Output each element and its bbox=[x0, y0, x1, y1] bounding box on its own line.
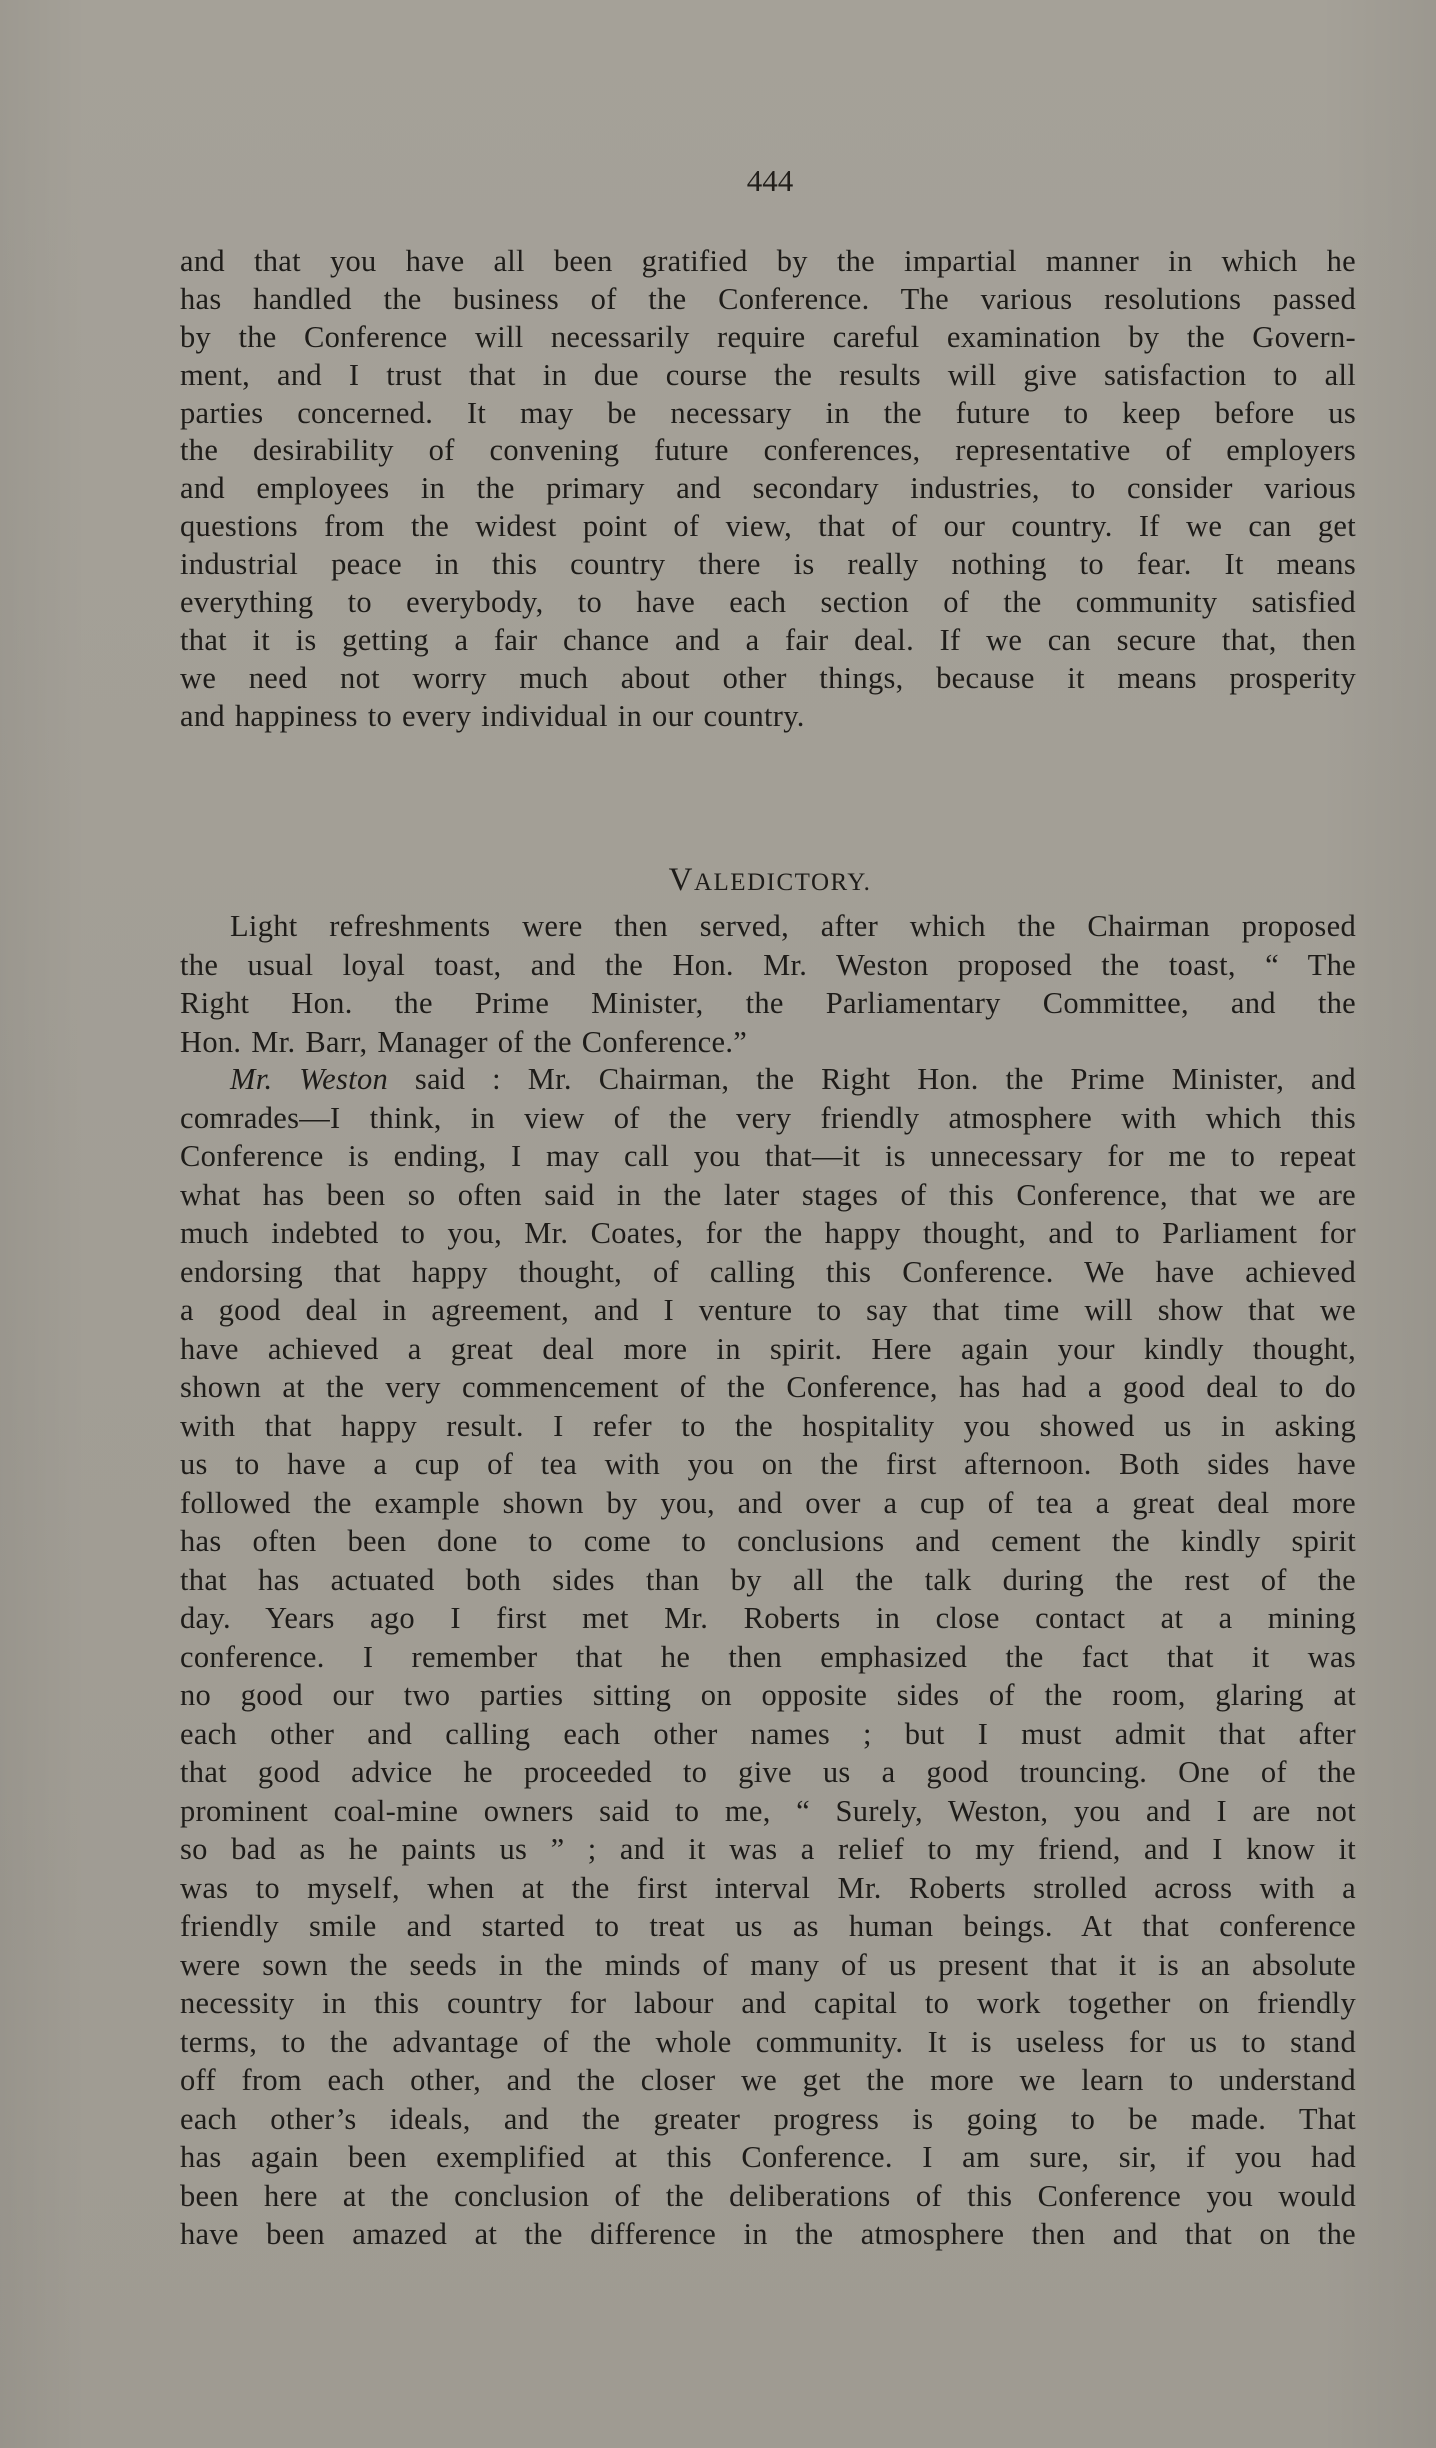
text-line: friendly smile and started to treat us a… bbox=[180, 1907, 1356, 1946]
text-line: has again been exemplified at this Confe… bbox=[180, 2138, 1356, 2177]
paragraph-weston-speech: Mr. Weston said : Mr. Chairman, the Righ… bbox=[180, 1060, 1356, 2292]
text-line: terms, to the advantage of the whole com… bbox=[180, 2023, 1356, 2062]
text-line: what has been so often said in the later… bbox=[180, 1176, 1356, 1215]
text-line: followed the example shown by you, and o… bbox=[180, 1484, 1356, 1523]
text-line: have achieved a great deal more in spiri… bbox=[180, 1330, 1356, 1369]
text-line: comrades—I think, in view of the very fr… bbox=[180, 1099, 1356, 1138]
text-line: day. Years ago I first met Mr. Roberts i… bbox=[180, 1599, 1356, 1638]
text-line: conference. I remember that he then emph… bbox=[180, 1638, 1356, 1677]
text-line: have been amazed at the difference in th… bbox=[180, 2215, 1356, 2254]
page-number: 444 bbox=[0, 163, 1436, 199]
text-line: the desirability of convening future con… bbox=[180, 432, 1356, 470]
text-line: that it is getting a fair chance and a f… bbox=[180, 622, 1356, 660]
heading-rest: ALEDICTORY. bbox=[694, 869, 871, 896]
text-line: Conference is ending, I may call you tha… bbox=[180, 1137, 1356, 1176]
text-line-first: Mr. Weston said : Mr. Chairman, the Righ… bbox=[180, 1060, 1356, 1099]
text-line: necessity in this country for labour and… bbox=[180, 1984, 1356, 2023]
speech-opening: said : Mr. Chairman, the Right Hon. the … bbox=[388, 1062, 1356, 1096]
text-line: that good advice he proceeded to give us… bbox=[180, 1753, 1356, 1792]
text-line: been here at the conclusion of the delib… bbox=[180, 2177, 1356, 2216]
text-line: each other and calling each other names … bbox=[180, 1715, 1356, 1754]
text-line: has handled the business of the Conferen… bbox=[180, 281, 1356, 319]
text-line: much indebted to you, Mr. Coates, for th… bbox=[180, 1214, 1356, 1253]
text-line: the usual loyal toast, and the Hon. Mr. … bbox=[180, 946, 1356, 985]
text-line: has often been done to come to conclusio… bbox=[180, 1522, 1356, 1561]
text-line: were sown the seeds in the minds of many… bbox=[180, 1946, 1356, 1985]
text-line: a good deal in agreement, and I venture … bbox=[180, 1291, 1356, 1330]
text-line bbox=[180, 2254, 1356, 2293]
text-line: that has actuated both sides than by all… bbox=[180, 1561, 1356, 1600]
text-line: Hon. Mr. Barr, Manager of the Conference… bbox=[180, 1023, 1356, 1062]
text-line: by the Conference will necessarily requi… bbox=[180, 319, 1356, 357]
text-line: industrial peace in this country there i… bbox=[180, 546, 1356, 584]
text-line: and that you have all been gratified by … bbox=[180, 243, 1356, 281]
paragraph-closing-remarks: and that you have all been gratified by … bbox=[180, 243, 1356, 736]
text-line: no good our two parties sitting on oppos… bbox=[180, 1676, 1356, 1715]
text-line: with that happy result. I refer to the h… bbox=[180, 1407, 1356, 1446]
text-line: shown at the very commencement of the Co… bbox=[180, 1368, 1356, 1407]
heading-initial: V bbox=[669, 862, 694, 898]
text-line: and employees in the primary and seconda… bbox=[180, 470, 1356, 508]
text-line: Light refreshments were then served, aft… bbox=[180, 907, 1356, 946]
text-line: and happiness to every individual in our… bbox=[180, 698, 1356, 736]
paragraph-refreshments: Light refreshments were then served, aft… bbox=[180, 907, 1356, 1061]
speaker-name: Mr. Weston bbox=[230, 1062, 388, 1096]
text-line: each other’s ideals, and the greater pro… bbox=[180, 2100, 1356, 2139]
section-heading-valedictory: VALEDICTORY. bbox=[0, 862, 1436, 899]
text-line: questions from the widest point of view,… bbox=[180, 508, 1356, 546]
text-line: so bad as he paints us ” ; and it was a … bbox=[180, 1830, 1356, 1869]
text-line: off from each other, and the closer we g… bbox=[180, 2061, 1356, 2100]
text-line: was to myself, when at the first interva… bbox=[180, 1869, 1356, 1908]
text-line: endorsing that happy thought, of calling… bbox=[180, 1253, 1356, 1292]
text-line: everything to everybody, to have each se… bbox=[180, 584, 1356, 622]
text-line: prominent coal-mine owners said to me, “… bbox=[180, 1792, 1356, 1831]
text-line: ment, and I trust that in due course the… bbox=[180, 357, 1356, 395]
text-line: we need not worry much about other thing… bbox=[180, 660, 1356, 698]
text-line: Right Hon. the Prime Minister, the Parli… bbox=[180, 984, 1356, 1023]
text-line: parties concerned. It may be necessary i… bbox=[180, 395, 1356, 433]
text-line: us to have a cup of tea with you on the … bbox=[180, 1445, 1356, 1484]
